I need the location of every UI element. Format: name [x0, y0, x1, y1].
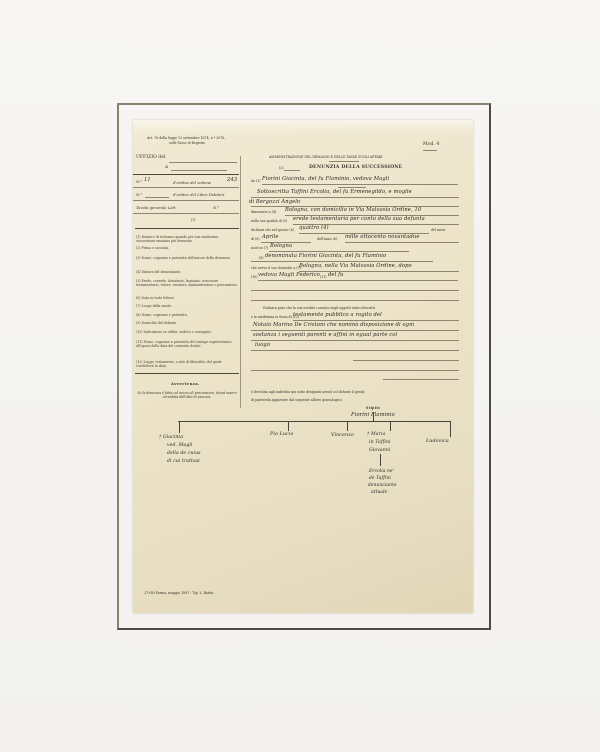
- tree-branch-2: [347, 421, 348, 431]
- inheritance-force-value: testamento pubblico a rogito del: [293, 313, 382, 318]
- day-value: quattro (4): [299, 226, 329, 231]
- left-divider-3: [133, 200, 239, 201]
- denunciation-prefix-line: [284, 170, 300, 171]
- volume-order-label: d'ordine del volume: [173, 181, 211, 185]
- inheritance-rule-4: [251, 350, 459, 351]
- denunciation-prefix: (2): [279, 167, 284, 170]
- print-footer: 27×40 Parma, maggio 1891 - Tip. L. Batte…: [144, 592, 214, 595]
- footnote: (6) Data in tutte lettere.: [136, 297, 175, 300]
- dwelling-value: Bologna, con domicilio in Via Malvasia O…: [285, 208, 421, 213]
- law-reference-line2: sulle Tasse di Registro: [169, 142, 205, 145]
- tree-child-line: † Giacinta: [159, 436, 183, 441]
- footnote: (10) Indicazione se celibe, vedovo o con…: [136, 331, 212, 334]
- footnote: (3) Nome, cognome e paternità dell'autor…: [136, 256, 238, 260]
- debtors-book-label: d'ordine del Libro Debitori: [173, 193, 224, 197]
- office-field-line: [169, 162, 237, 163]
- deceased-value: denominata Fiorini Giacinta, del fu Flam…: [265, 254, 386, 259]
- tree-child-1: Pio Lucio: [270, 433, 293, 438]
- died-rule: [269, 251, 409, 252]
- tree-child-line: di cui trattasi: [167, 460, 200, 465]
- inheritance-line-2: Notaio Marino De Cristoni che nominò dis…: [253, 323, 414, 328]
- inheritance-rule-3: [251, 340, 459, 341]
- footnote: (7) Luogo della morte.: [136, 305, 172, 308]
- domicile-rule: [299, 271, 459, 272]
- inheritance-rule-2: [251, 330, 459, 331]
- debtors-book-line: [145, 197, 169, 198]
- volume-order-value: 11: [144, 178, 151, 183]
- inheritance-intro: Dichiara pure che la sua eredità consist…: [263, 307, 375, 310]
- office-sub-label: di: [165, 166, 168, 169]
- spouse-prefix: (11): [320, 276, 327, 279]
- inheritance-line-3: sostanza i seguenti parenti e affini in …: [253, 333, 397, 338]
- tree-child-line: † Maria: [367, 433, 385, 438]
- declarant-name: Fiorini Giacinta, del fu Flaminio, vedov…: [262, 177, 389, 182]
- declarant-prefix: da (3): [251, 180, 260, 183]
- inheritance-line-4: luogo: [255, 343, 270, 348]
- tree-grandchild-line: Ercolia ne': [369, 470, 394, 474]
- status-prefix: (10): [251, 276, 258, 279]
- status-value: vedova Magli Federico: [258, 273, 320, 278]
- form-code: Mod. 4: [423, 143, 439, 148]
- tree-grandchild-line: denunciante: [368, 484, 397, 488]
- declarant-double-line: [338, 187, 366, 188]
- inheritance-force-label: e la medesima in forza di (12): [251, 316, 299, 319]
- undersigned-rule: [251, 197, 459, 198]
- status-rule: [258, 280, 458, 281]
- declarant-line: [262, 184, 458, 185]
- undersigned-line: Sottoscritta Taffini Ercolia, del fu Erm…: [257, 190, 412, 195]
- blank-rule-2: [251, 300, 459, 301]
- footnote: (12) Legge, testamento, o atto di libera…: [136, 360, 238, 368]
- tree-branch-end: [450, 421, 451, 437]
- footnote: (11) Nome, cognome e paternità del coniu…: [136, 340, 238, 348]
- tree-child-line: in Taffini: [369, 441, 391, 446]
- heirs-intro-line2: di parentela apparente dal seguente albe…: [251, 399, 343, 402]
- tree-child-line: della de cuius: [167, 452, 201, 457]
- heirs-intro-line1: è devoluta agli individui qui sotto desi…: [251, 391, 365, 394]
- inheritance-rule-1: [293, 320, 459, 321]
- column-divider: [240, 156, 241, 408]
- volume-number-value: 243: [227, 178, 237, 183]
- general-table-label: Tavola generale Lett.: [136, 206, 177, 210]
- debtors-book-prefix: N.°: [136, 193, 142, 197]
- left-divider-6: [135, 373, 239, 374]
- tree-horizontal-bar: [178, 421, 451, 422]
- capacity-label: nella sua qualità di (5): [251, 220, 287, 223]
- law-reference-line1: Art. 76 della legge 13 settembre 1874, n…: [147, 137, 225, 140]
- tree-child-line: ved. Magli: [167, 444, 193, 449]
- undersigned-cont: di Bergozzi Angelo: [249, 200, 300, 205]
- left-divider-1: [133, 174, 239, 175]
- footnote: (9) Domicilio del defunto.: [136, 322, 177, 325]
- year-label: dell'anno (6): [317, 238, 337, 241]
- tree-branch-0: [179, 421, 180, 433]
- tree-child-4: Ludovica: [426, 440, 449, 445]
- left-divider-5: [135, 228, 239, 229]
- tree-child-line: Giovanni: [369, 449, 390, 454]
- footnote: (8) Nome, cognome e paternità.: [136, 314, 188, 317]
- died-value: Bologna: [270, 244, 292, 249]
- spouse-value: del fu: [328, 273, 344, 278]
- warning-text: Se la denunzia è fatta col mezzo di proc…: [136, 391, 238, 399]
- footnote: (1) Numero di richiamo quando per una me…: [136, 235, 238, 243]
- tree-header: Stipite: [366, 407, 381, 410]
- tree-grandchild-line: de Taffini: [369, 477, 391, 481]
- office-label: UFFIZIO del: [136, 156, 165, 161]
- administration-heading: AMMINISTRAZIONE DEL DEMANIO E DELLE TASS…: [269, 156, 382, 159]
- dwelling-label: dimorante a (4): [251, 211, 276, 214]
- deceased-rule: [251, 261, 433, 262]
- day-label: dichiara che nel giorno (6): [251, 229, 294, 232]
- section-marker: (1): [191, 219, 196, 222]
- left-divider-2: [133, 187, 239, 188]
- left-divider-4: [133, 213, 239, 214]
- month-prefix: di (6): [251, 238, 260, 241]
- tree-branch-1: [288, 421, 289, 431]
- general-table-number-label: N.°: [213, 206, 219, 210]
- month-suffix: del mese: [431, 229, 445, 232]
- inheritance-rule-7: [383, 379, 459, 380]
- document-title: DENUNZIA DELLA SUCCESSIONE: [309, 166, 402, 171]
- domicile-value: Bologna, nella Via Malvasia Ordine, dopo: [299, 264, 412, 269]
- footnote: (5) Erede, coerede, donatario, legatario…: [136, 279, 238, 287]
- year-rule: [345, 242, 459, 243]
- capacity-value: erede testamentaria per conto della sua …: [293, 217, 425, 222]
- inheritance-rule-6: [251, 370, 459, 371]
- succession-declaration-document: Art. 76 della legge 13 settembre 1874, n…: [133, 120, 473, 613]
- year-value: mille ottocento novantadue: [345, 235, 420, 240]
- domicile-label: che aveva il suo domicilio a (9): [251, 267, 301, 270]
- tree-grandchild-line: attuale: [371, 491, 387, 495]
- deceased-prefix: (8): [259, 257, 264, 260]
- inheritance-rule-5: [353, 360, 459, 361]
- administration-underline: [329, 161, 359, 162]
- volume-number-prefix: N.°: [136, 180, 142, 184]
- office-sub-line: [171, 170, 227, 171]
- tree-grandchild-stem: [380, 454, 381, 466]
- died-label: morì in (7): [251, 247, 268, 250]
- footnote: (4) Dimora del denunziante.: [136, 271, 181, 274]
- tree-child-2: Vincenzo: [331, 434, 354, 439]
- warning-title: Avvertenza.: [171, 382, 200, 386]
- month-value: Aprile: [262, 235, 279, 240]
- footnote: (2) Prima o seconda.: [136, 247, 169, 250]
- blank-rule-1: [251, 290, 459, 291]
- tree-branch-3: [390, 421, 391, 431]
- form-code-underline: [423, 150, 437, 151]
